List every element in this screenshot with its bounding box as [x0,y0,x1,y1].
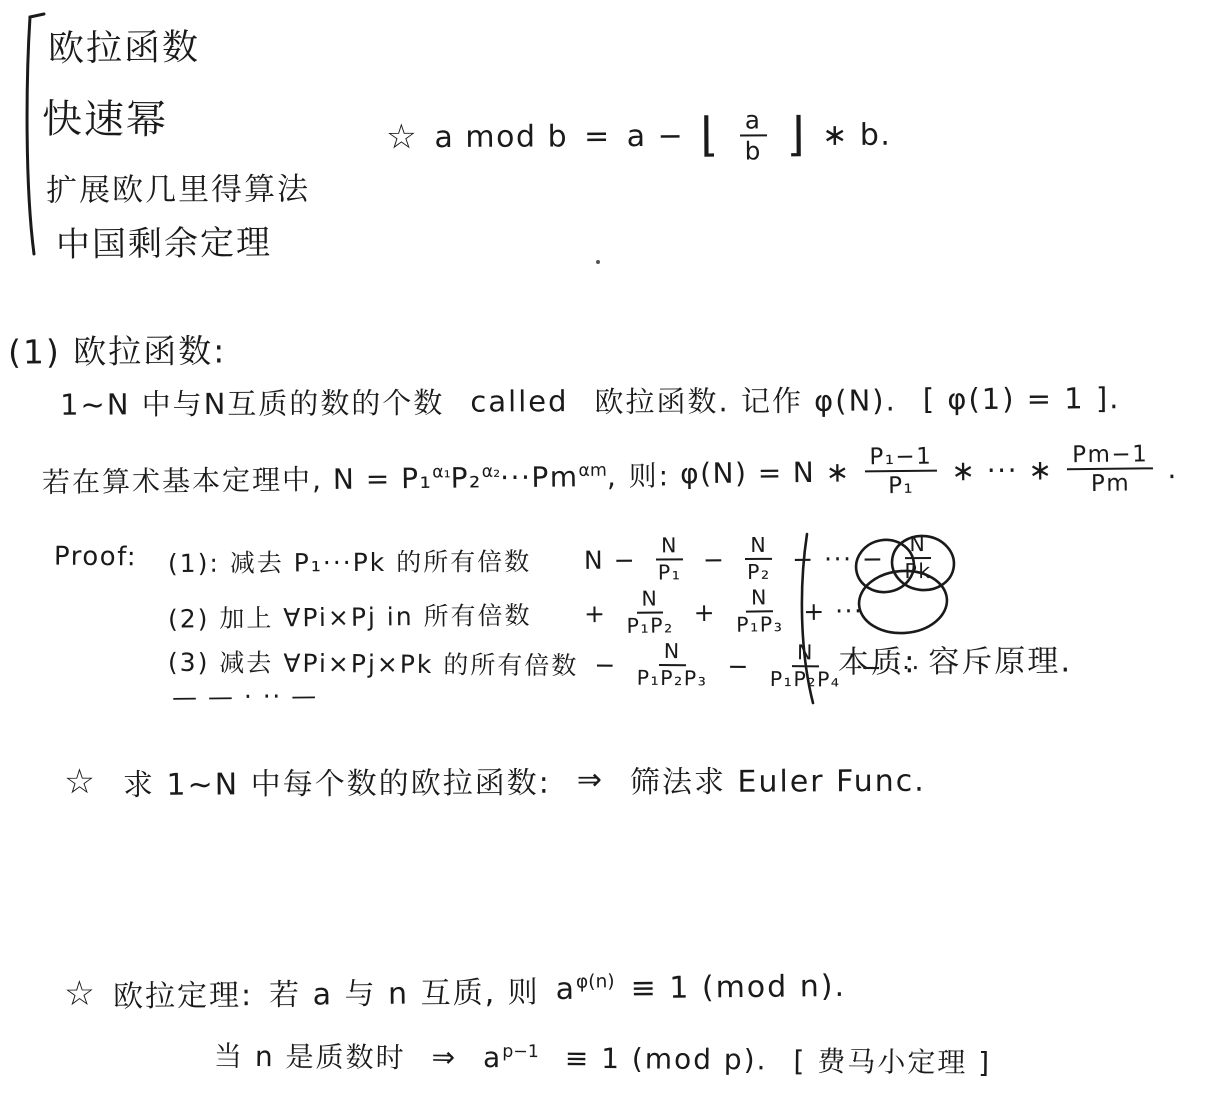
fraction-n-p1p2p3: N P₁P₂P₃ [637,641,708,690]
section-heading: (1) 欧拉函数: [8,325,227,373]
star-icon: ☆ [64,974,97,1014]
ink-speck [596,260,600,264]
euler-theorem-cond: 若 a 与 n 互质, 则 [269,967,540,1014]
section-heading-text: (1) 欧拉函数: [8,325,227,373]
sieve-text: 求 1~N 中每个数的欧拉函数: [123,758,551,804]
fraction-n-p1p3: N P₁P₃ [736,587,784,636]
fermat-cond: 当 n 是质数时 [214,1035,406,1077]
definition-line: 1~N 中与N互质的数的个数 called 欧拉函数. 记作 φ(N). [ φ… [60,377,1121,424]
fraction-a-over-b: a b [740,107,767,164]
fermat-rest: ≡ 1 (mod p). [565,1041,768,1076]
definition-called: called [470,384,568,419]
floor-right-bracket: ⌋ [786,115,806,157]
totient-end: . [1167,452,1178,485]
totient-expm: αm [578,460,607,480]
proof-line-1: (1): 减去 P₁···Pk 的所有倍数 N − N P₁ − N P₂ − … [168,534,936,586]
euler-theorem-exp: φ(n) [576,971,615,992]
outline-item-label: 中国剩余定理 [56,215,273,266]
fraction-p1: P₁−1 P₁ [864,445,937,499]
equals-sign: = [584,119,611,154]
fraction-n-p1p2: N P₁P₂ [626,588,674,637]
proof-line-2: (2) 加上 ∀Pi×Pj in 所有倍数 + N P₁P₂ + N P₁P₃ … [168,586,864,641]
proof-line-1-t0: N − [584,545,636,574]
essence-note-text: 本质: 容斥原理. [838,635,1072,681]
fraction-n-p2: N P₂ [745,535,772,583]
outline-item-label: 欧拉函数 [48,19,201,72]
proof-line-3-label: (3) 减去 ∀Pi×Pj×Pk 的所有倍数 [168,643,579,683]
double-arrow-icon: ⇒ [431,1040,457,1073]
euler-theorem-line: ☆ 欧拉定理: 若 a 与 n 互质, 则 aφ(n) ≡ 1 (mod n). [64,964,846,1016]
mod-mid: a − [627,119,685,154]
totient-n-times: N ∗ [793,456,851,490]
proof-line-2-t1: + [693,597,716,626]
floor-left-bracket: ⌊ [700,115,720,157]
fermat-exp: p−1 [502,1041,539,1061]
sieve-line: ☆ 求 1~N 中每个数的欧拉函数: ⇒ 筛法求 Euler Func. [64,756,926,805]
proof-closing-bracket [796,532,818,707]
euler-theorem-expr: aφ(n) [555,971,614,1007]
outline-item-crt: 中国剩余定理 [56,215,273,266]
outline-item-label: 扩展欧几里得算法 [46,163,310,209]
essence-note: 本质: 容斥原理. [838,635,1072,681]
euler-theorem-base: a [555,971,576,1006]
totient-p2: P₂ [450,461,481,494]
fermat-base: a [483,1040,502,1073]
proof-line-4: — — · ·· — [172,681,318,712]
euler-theorem-title: 欧拉定理: [113,970,254,1015]
totient-mid: ∗ ··· ∗ [951,453,1053,487]
outline-item-label: 快速幂 [42,87,168,145]
star-icon: ☆ [386,117,419,157]
fraction-pm: Pm−1 Pm [1067,442,1154,496]
definition-name: 欧拉函数. 记作 φ(N). [594,378,897,421]
venn-diagram-icon [845,533,971,639]
mod-tail: ∗ b. [822,117,891,152]
totient-exp2: α₂ [482,461,501,481]
fermat-note: [ 费马小定理 ] [793,1040,991,1082]
totient-n-eq: N = P₁ [333,461,433,495]
totient-formula-line: 若在算术基本定理中, N = P₁α₁P₂α₂···Pmαm, 则: φ(N) … [42,442,1178,507]
fermat-line: 当 n 是质数时 ⇒ ap−1 ≡ 1 (mod p). [ 费马小定理 ] [214,1035,991,1082]
outline-item-ext-euclid: 扩展欧几里得算法 [46,163,310,209]
star-icon: ☆ [64,762,97,802]
totient-phi-eq: φ(N) = [680,456,783,490]
euler-theorem-rest: ≡ 1 (mod n). [630,968,846,1005]
definition-note: [ φ(1) = 1 ]. [923,381,1121,416]
handwritten-notes-page: 欧拉函数 快速幂 扩展欧几里得算法 中国剩余定理 ☆ a mod b = a −… [0,0,1212,1118]
proof-label: Proof: [54,542,137,573]
fermat-expr: ap−1 [483,1040,539,1073]
sieve-method: 筛法求 Euler Func. [630,756,926,802]
proof-line-2-label: (2) 加上 ∀Pi×Pj in 所有倍数 [168,595,568,635]
double-arrow-icon: ⇒ [577,762,604,797]
totient-then: , 则: [607,459,671,493]
proof-line-1-label: (1): 减去 P₁···Pk 的所有倍数 [168,542,568,580]
totient-factorization: N = P₁α₁P₂α₂···Pmαm, 则: [333,454,671,498]
totient-prefix: 若在算术基本定理中, [42,458,323,501]
proof-line-1-t1: − [703,545,726,574]
totient-dots: ··· [500,460,532,493]
outline-item-euler-function: 欧拉函数 [48,19,201,72]
proof-line-4-text: — — · ·· — [172,681,318,712]
totient-exp1: α₁ [432,462,451,482]
mod-lhs: a mod b [434,119,568,155]
proof-line-2-t0: + [584,599,607,628]
proof-label-text: Proof: [54,542,137,573]
proof-line-3-t1: − [727,651,750,680]
outline-item-fast-power: 快速幂 [42,87,168,145]
totient-pm: Pm [531,460,579,493]
mod-formula: ☆ a mod b = a − ⌊ a b ⌋ ∗ b. [386,107,892,166]
fraction-n-p1: N P₁ [656,535,683,583]
definition-text: 1~N 中与N互质的数的个数 [60,381,445,424]
proof-line-3-t0: − [594,650,617,679]
